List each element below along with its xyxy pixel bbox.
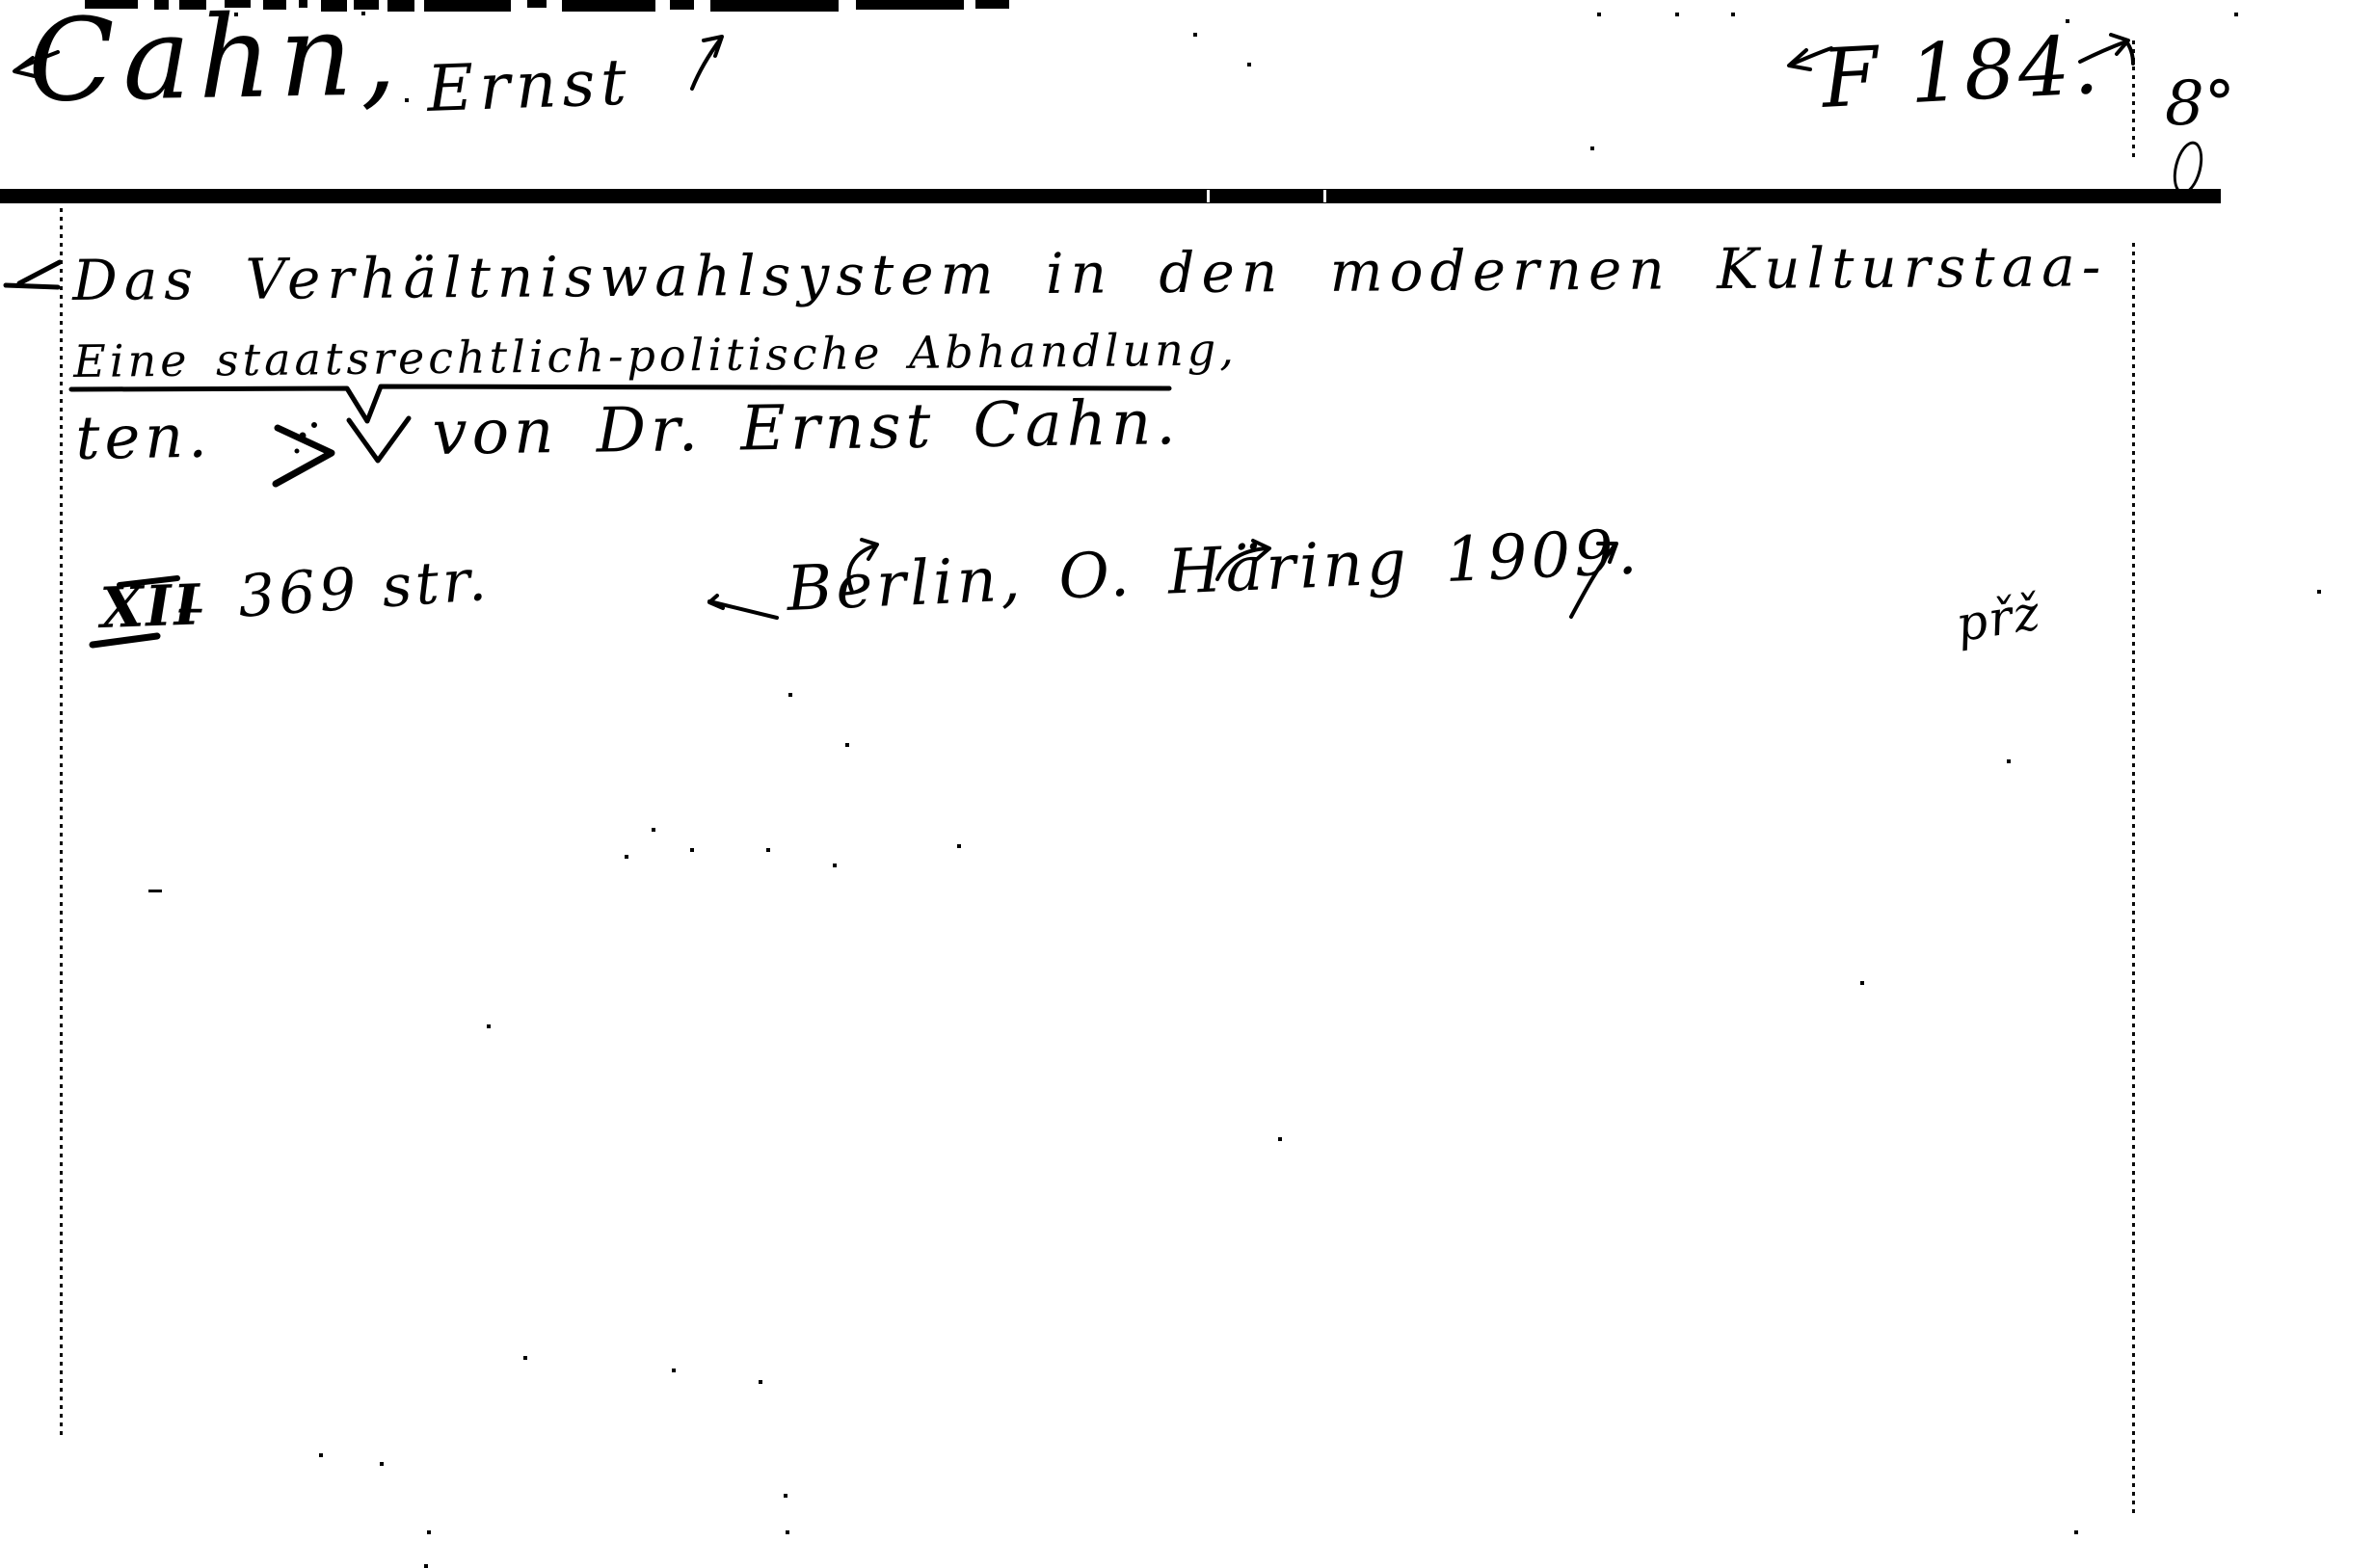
collation-dash: – [176,578,204,634]
caret-mark-before-title [6,262,60,287]
imprint: Berlin, O. Häring 1909. [786,521,1641,621]
right-margin-dotted-line [2132,243,2135,1517]
title-line2: ten. [75,407,212,468]
top-edge-dash [670,0,694,10]
shelfmark: F 184. [1820,24,2103,120]
subtitle-insertion: Eine staatsrechtlich-politische Abhandlu… [73,327,1238,384]
author-surname: Cahn, [27,0,405,118]
right-margin-dotted-line-upper [2132,40,2135,162]
collation-pages: 369 str. [236,551,492,626]
chevron-mark-after-ten [276,428,332,484]
scan-speck-dash [148,890,162,892]
header-rule [0,189,2221,203]
caret-mark-line3 [349,418,409,461]
author-forename: Ernst [426,51,633,121]
rule-gap [1323,190,1326,202]
arrow-mark-after-forename [692,37,722,89]
title-line1: Das Verhältniswahlsystem in den modernen… [72,238,2108,308]
annotation-note: přž [1953,588,2044,649]
author-statement: von Dr. Ernst Cahn. [432,392,1181,465]
top-edge-dash [527,0,547,8]
top-edge-dash [562,0,655,12]
imprint-leadin-stroke [709,596,777,618]
format-octavo: 8° [2165,73,2235,135]
catalog-card-scan: Cahn, Ernst F 184. 8° Das Verhältniswahl… [0,0,2375,1568]
top-edge-dash [975,0,1009,9]
left-margin-dotted-line [60,208,63,1436]
rule-gap [1207,190,1210,202]
ink-smudge [295,423,317,454]
top-edge-dash [856,0,964,10]
scan-specks [361,12,365,15]
top-edge-dash [710,0,839,12]
top-edge-dash [424,0,511,12]
